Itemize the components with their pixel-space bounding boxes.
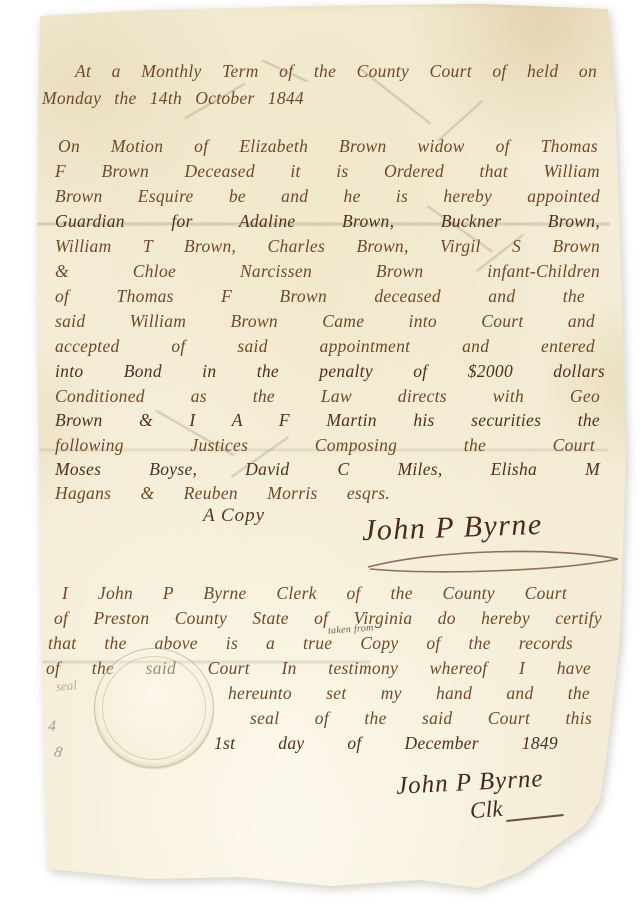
heading-line: Monday the 14th October 1844 (42, 88, 304, 108)
order-line: Conditioned as the Law directs with Geo (55, 386, 600, 406)
seal-annotation: seal (55, 677, 77, 695)
certification-line: that the above is a true Copy of the rec… (48, 633, 573, 653)
pen-flourish (506, 814, 564, 822)
order-line: of Thomas F Brown deceased and the (55, 286, 585, 306)
order-line: Brown Esquire be and he is hereby appoin… (55, 186, 600, 206)
pencil-mark: 4 (48, 718, 56, 736)
order-line: accepted of said appointment and entered (55, 336, 595, 356)
clerk-title-abbreviation: Clk (469, 796, 504, 825)
heading-line: At a Monthly Term of the County Court of… (75, 61, 597, 81)
certification-line: hereunto set my hand and the (228, 683, 590, 703)
certification-line: I John P Byrne Clerk of the County Court (62, 583, 567, 603)
copy-attestation: A Copy (203, 505, 265, 527)
seal-inner-ring (102, 656, 206, 760)
document-paper: At a Monthly Term of the County Court of… (0, 0, 640, 914)
order-line: Hagans & Reuben Morris esqrs. (55, 483, 390, 503)
order-line: & Chloe Narcissen Brown infant-Children (55, 261, 600, 281)
order-line: Moses Boyse, David C Miles, Elisha M (55, 459, 600, 479)
order-line: William T Brown, Charles Brown, Virgil S… (55, 236, 600, 256)
pencil-mark: 8 (52, 743, 64, 762)
order-line: into Bond in the penalty of $2000 dollar… (55, 361, 605, 381)
certification-line: seal of the said Court this (250, 708, 592, 728)
paper-shadow: At a Monthly Term of the County Court of… (0, 0, 640, 914)
signature-flourish (358, 543, 630, 579)
order-line: F Brown Deceased it is Ordered that Will… (55, 161, 600, 181)
order-line: On Motion of Elizabeth Brown widow of Th… (58, 136, 598, 156)
order-line: following Justices Composing the Court (55, 435, 595, 455)
closing-signature: John P Byrne (395, 765, 544, 801)
certification-line: 1st day of December 1849 (214, 733, 558, 753)
order-line: Guardian for Adaline Brown, Buckner Brow… (55, 211, 600, 231)
embossed-court-seal (94, 648, 214, 768)
order-line: said William Brown Came into Court and (55, 311, 595, 331)
order-line: Brown & I A F Martin his securities the (55, 410, 600, 430)
scanned-document-page: At a Monthly Term of the County Court of… (0, 0, 640, 914)
